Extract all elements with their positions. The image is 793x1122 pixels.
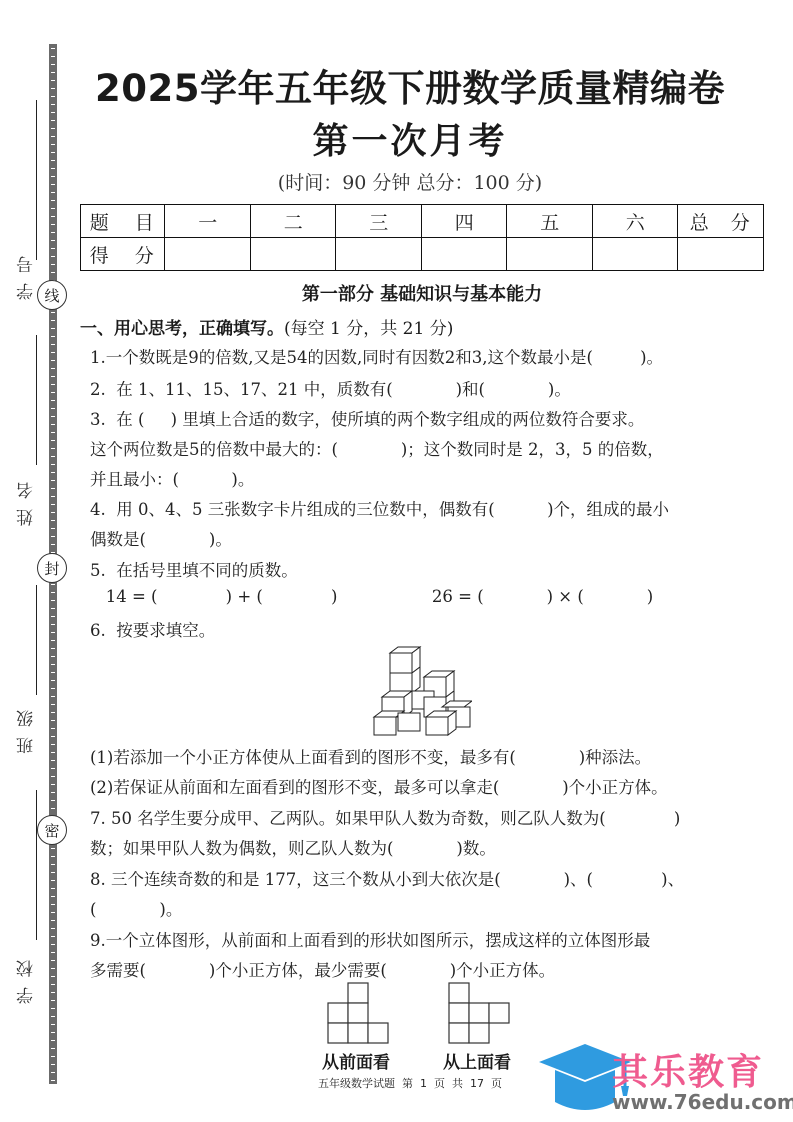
exam-title: 2025学年五年级下册数学质量精编卷 bbox=[80, 58, 740, 112]
score-table: 题 目 一 二 三 四 五 六 总 分 得 分 bbox=[80, 204, 764, 271]
front-view-figure bbox=[327, 982, 391, 1044]
section-title: 一、用心思考，正确填写。 bbox=[80, 319, 284, 339]
name-line bbox=[36, 335, 37, 465]
seal-seal: 封 bbox=[37, 553, 67, 583]
question-3-line-3: 并且最小：( )。 bbox=[90, 466, 254, 490]
score-cell[interactable] bbox=[592, 238, 678, 271]
top-view-caption: 从上面看 bbox=[443, 1048, 511, 1073]
score-cell[interactable] bbox=[507, 238, 593, 271]
front-view-caption: 从前面看 bbox=[322, 1048, 390, 1073]
column-total: 总 分 bbox=[678, 205, 764, 238]
label-student-id: 学号 bbox=[14, 246, 36, 300]
score-table-score-row: 得 分 bbox=[81, 238, 764, 271]
question-4-line-1: 4. 用 0、4、5 三张数字卡片组成的三位数中，偶数有( )个，组成的最小 bbox=[90, 496, 669, 520]
question-5: 5. 在括号里填不同的质数。 bbox=[90, 557, 298, 581]
score-cell[interactable] bbox=[336, 238, 422, 271]
question-9-line-2: 多需要( )个小正方体，最少需要( )个小正方体。 bbox=[90, 957, 555, 981]
cube-stack-figure bbox=[372, 645, 472, 737]
question-6: 6. 按要求填空。 bbox=[90, 617, 215, 641]
top-view-figure bbox=[448, 982, 512, 1044]
question-3-line-2: 这个两位数是5的倍数中最大的：( )；这个数同时是 2，3，5 的倍数， bbox=[90, 436, 664, 460]
exam-info: (时间：90 分钟 总分：100 分) bbox=[80, 168, 740, 195]
label-school: 学校 bbox=[14, 950, 36, 1004]
section-note: (每空 1 分，共 21 分) bbox=[284, 319, 453, 339]
watermark-url: www.76edu.com bbox=[612, 1090, 793, 1114]
row-header-score: 得 分 bbox=[81, 238, 165, 271]
score-cell[interactable] bbox=[421, 238, 507, 271]
score-cell-total[interactable] bbox=[678, 238, 764, 271]
question-5-equations: 14 = ( ) + ( ) 26 = ( ) × ( ) bbox=[90, 587, 653, 606]
question-8-line-2: ( )。 bbox=[90, 896, 182, 920]
row-header-item: 题 目 bbox=[81, 205, 165, 238]
column-2: 二 bbox=[250, 205, 336, 238]
label-name: 姓名 bbox=[14, 472, 36, 526]
question-6-part-1: (1)若添加一个小正方体使从上面看到的图形不变，最多有( )种添法。 bbox=[90, 744, 651, 768]
question-1: 1.一个数既是9的倍数,又是54的因数,同时有因数2和3,这个数最小是( )。 bbox=[90, 344, 663, 368]
column-5: 五 bbox=[507, 205, 593, 238]
exam-subtitle: 第一次月考 bbox=[80, 113, 740, 164]
question-3-line-1: 3. 在 ( ) 里填上合适的数字，使所填的两个数字组成的两位数符合要求。 bbox=[90, 406, 644, 430]
score-cell[interactable] bbox=[250, 238, 336, 271]
watermark-brand: 其乐教育 bbox=[612, 1044, 764, 1095]
question-7-line-1: 7. 50 名学生要分成甲、乙两队。如果甲队人数为奇数，则乙队人数为( ) bbox=[90, 805, 680, 829]
column-3: 三 bbox=[336, 205, 422, 238]
school-line bbox=[36, 790, 37, 940]
question-7-line-2: 数；如果甲队人数为偶数，则乙队人数为( )数。 bbox=[90, 835, 496, 859]
seal-line: 线 bbox=[37, 280, 67, 310]
label-class: 班级 bbox=[14, 700, 36, 754]
score-cell[interactable] bbox=[165, 238, 251, 271]
section-heading: 一、用心思考，正确填写。(每空 1 分，共 21 分) bbox=[80, 314, 453, 339]
question-9-line-1: 9.一个立体图形，从前面和上面看到的形状如图所示，摆成这样的立体图形最 bbox=[90, 927, 650, 951]
question-2: 2. 在 1、11、15、17、21 中，质数有( )和( )。 bbox=[90, 376, 571, 400]
score-table-header-row: 题 目 一 二 三 四 五 六 总 分 bbox=[81, 205, 764, 238]
class-line bbox=[36, 585, 37, 695]
part-title: 第一部分 基础知识与基本能力 bbox=[80, 280, 764, 306]
student-id-line bbox=[36, 100, 37, 260]
column-1: 一 bbox=[165, 205, 251, 238]
question-8-line-1: 8. 三个连续奇数的和是 177，这三个数从小到大依次是( )、( )、 bbox=[90, 866, 684, 890]
column-6: 六 bbox=[592, 205, 678, 238]
question-4-line-2: 偶数是( )。 bbox=[90, 526, 232, 550]
question-6-part-2: (2)若保证从前面和左面看到的图形不变，最多可以拿走( )个小正方体。 bbox=[90, 774, 668, 798]
seal-secret: 密 bbox=[37, 815, 67, 845]
page-footer: 五年级数学试题 第 1 页 共 17 页 bbox=[318, 1075, 502, 1091]
column-4: 四 bbox=[421, 205, 507, 238]
